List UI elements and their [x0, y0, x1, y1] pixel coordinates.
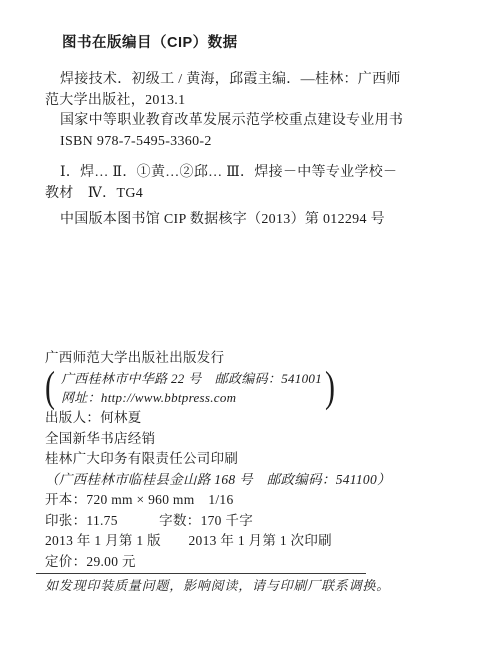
publisher-line: 广西师范大学出版社出版发行: [45, 348, 460, 369]
publisher-person-line: 出版人：何林夏: [45, 408, 460, 429]
cip-series-line: 国家中等职业教育改革发展示范学校重点建设专业用书: [45, 111, 460, 132]
cip-record-number-line: 中国版本图书馆 CIP 数据核字（2013）第 012294 号: [45, 210, 460, 231]
cip-classification-line: Ⅰ．焊… Ⅱ．①黄…②邱… Ⅲ．焊接－中等专业学校－: [45, 163, 460, 184]
format-spec-line: 开本：720 mm × 960 mm 1/16: [45, 490, 460, 511]
close-paren-glyph: ): [325, 363, 335, 412]
publisher-address-lines: 广西桂林市中华路 22 号 邮政编码：541001 网址：http://www.…: [55, 369, 325, 407]
publisher-address-group: ( 广西桂林市中华路 22 号 邮政编码：541001 网址：http://ww…: [45, 368, 335, 408]
publisher-website-line: 网址：http://www.bbtpress.com: [61, 388, 325, 407]
cip-heading: 图书在版编目（CIP）数据: [62, 33, 460, 53]
quality-footnote: 如发现印装质量问题，影响阅读，请与印刷厂联系调换。: [45, 577, 460, 594]
printer-address-line: （广西桂林市临桂县金山路 168 号 邮政编码：541100）: [45, 470, 460, 491]
copyright-page: 图书在版编目（CIP）数据 焊接技术．初级工 / 黄海，邱霞主编．—桂林：广西师…: [0, 0, 500, 653]
edition-printing-line: 2013 年 1 月第 1 版 2013 年 1 月第 1 次印刷: [45, 531, 460, 552]
publisher-address-line: 广西桂林市中华路 22 号 邮政编码：541001: [61, 369, 325, 388]
open-paren-glyph: (: [45, 363, 55, 412]
cip-classification-line: 教材 Ⅳ．TG4: [45, 184, 460, 205]
cip-description-line: 范大学出版社，2013.1: [45, 91, 460, 112]
cip-block: 图书在版编目（CIP）数据 焊接技术．初级工 / 黄海，邱霞主编．—桂林：广西师…: [45, 33, 460, 231]
colophon-block: 广西师范大学出版社出版发行 ( 广西桂林市中华路 22 号 邮政编码：54100…: [45, 348, 460, 573]
sheets-words-line: 印张：11.75 字数：170 千字: [45, 511, 460, 532]
printer-line: 桂林广大印务有限责任公司印刷: [45, 449, 460, 470]
footnote-divider: [36, 573, 366, 574]
distributor-line: 全国新华书店经销: [45, 429, 460, 450]
cip-description-line: 焊接技术．初级工 / 黄海，邱霞主编．—桂林：广西师: [45, 70, 460, 91]
price-line: 定价：29.00 元: [45, 552, 460, 573]
isbn-line: ISBN 978-7-5495-3360-2: [45, 132, 460, 153]
